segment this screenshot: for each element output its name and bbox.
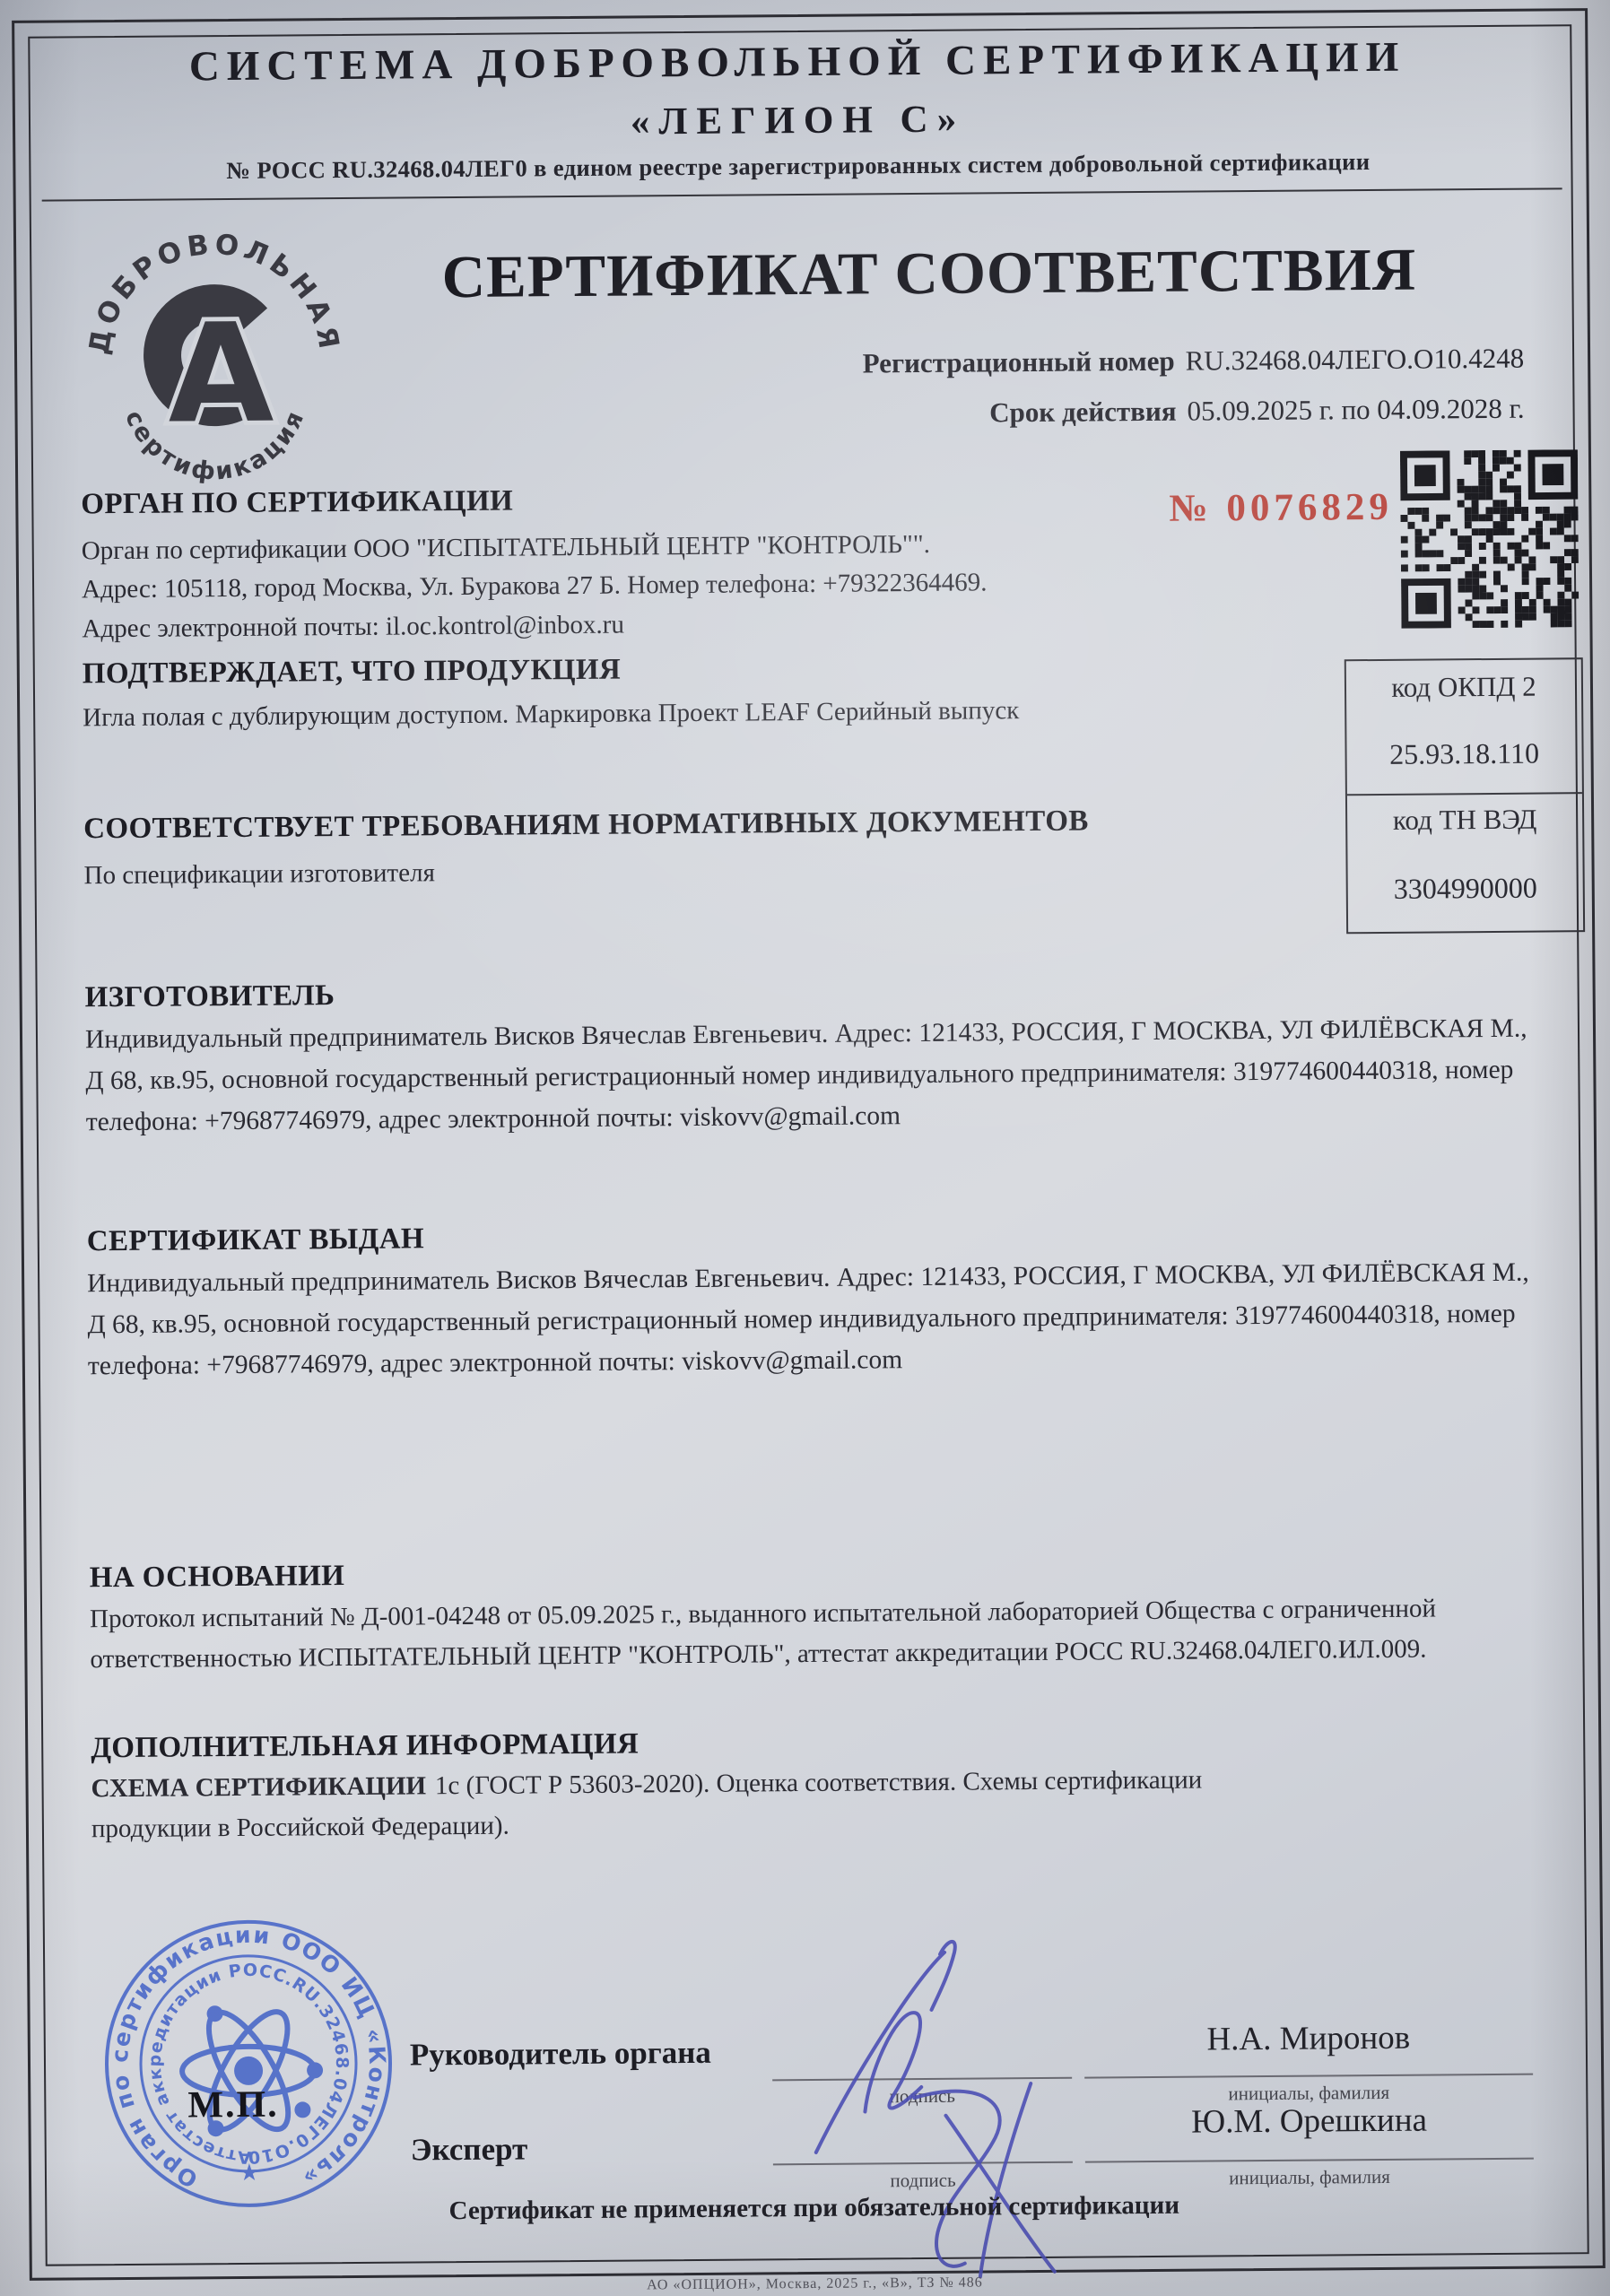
head-name: Н.А. Миронов: [1084, 2018, 1533, 2060]
issued-to-heading: СЕРТИФИКАТ ВЫДАН: [87, 1222, 425, 1258]
expert-signature-caption: подпись: [773, 2169, 1073, 2194]
issued-to-text: Индивидуальный предприниматель Висков Вя…: [87, 1252, 1536, 1387]
head-role-label: Руководитель органа: [410, 2035, 711, 2074]
registration-number-line: Регистрационный номерRU.32468.04ЛЕГО.О10…: [863, 343, 1525, 380]
conformity-text: По спецификации изготовителя: [83, 853, 435, 896]
seal-mp-label: М.П.: [187, 2083, 279, 2127]
additional-info-heading: ДОПОЛНИТЕЛЬНАЯ ИНФОРМАЦИЯ: [91, 1727, 639, 1765]
validity-label: Срок действия: [989, 396, 1177, 429]
codes-divider: [1347, 792, 1582, 796]
head-signature-caption: подпись: [772, 2084, 1072, 2109]
tnved-code-value: 3304990000: [1348, 871, 1583, 906]
validity-value: 05.09.2025 г. по 04.09.2028 г.: [1187, 393, 1524, 427]
expert-name-caption: инициалы, фамилия: [1085, 2165, 1534, 2191]
logo-letter-a: А: [168, 294, 274, 454]
certificate-title: СЕРТИФИКАТ СООТВЕТСТВИЯ: [317, 235, 1542, 314]
manufacturer-heading: ИЗГОТОВИТЕЛЬ: [85, 979, 335, 1014]
certification-body-address: Адрес: 105118, город Москва, Ул. Бураков…: [82, 562, 988, 610]
certificate-photo: СИСТЕМА ДОБРОВОЛЬНОЙ СЕРТИФИКАЦИИ «ЛЕГИО…: [0, 0, 1610, 2296]
qr-code: [1400, 449, 1580, 629]
okpd-code-value: 25.93.18.110: [1346, 736, 1581, 771]
tnved-code-label: код ТН ВЭД: [1347, 803, 1582, 837]
product-heading: ПОДТВЕРЖДАЕТ, ЧТО ПРОДУКЦИЯ: [83, 654, 622, 691]
org-seal-stamp: Орган по сертификации ООО ИЦ «Контроль» …: [95, 1910, 403, 2218]
manufacturer-text: Индивидуальный предприниматель Висков Вя…: [85, 1008, 1535, 1144]
expert-name: Ю.М. Орешкина: [1084, 2100, 1533, 2143]
blank-number: № 0076829: [1169, 485, 1393, 531]
basis-text: Протокол испытаний № Д-001-04248 от 05.0…: [90, 1588, 1463, 1680]
registration-number-value: RU.32468.04ЛЕГО.О10.4248: [1186, 343, 1525, 377]
registration-number-label: Регистрационный номер: [863, 345, 1175, 379]
basis-heading: НА ОСНОВАНИИ: [90, 1560, 345, 1595]
certification-scheme-line: СХЕМА СЕРТИФИКАЦИИ1с (ГОСТ Р 53603-2020)…: [91, 1760, 1320, 1850]
certification-body-email: Адрес электронной почты: il.oc.kontrol@i…: [82, 605, 624, 650]
certificate-sheet: СИСТЕМА ДОБРОВОЛЬНОЙ СЕРТИФИКАЦИИ «ЛЕГИО…: [0, 0, 1610, 2296]
seal-star: ★: [239, 2160, 260, 2186]
expert-role-label: Эксперт: [411, 2131, 528, 2168]
certification-body-heading: ОРГАН ПО СЕРТИФИКАЦИИ: [81, 485, 513, 522]
validity-line: Срок действия05.09.2025 г. по 04.09.2028…: [989, 393, 1525, 430]
certification-scheme-label: СХЕМА СЕРТИФИКАЦИИ: [91, 1771, 426, 1803]
certification-mark-logo: ДОБРОВОЛЬНАЯ сертификация А: [85, 208, 344, 484]
codes-box: код ОКПД 2 25.93.18.110 код ТН ВЭД 33049…: [1345, 657, 1585, 934]
okpd-code-label: код ОКПД 2: [1346, 670, 1581, 704]
